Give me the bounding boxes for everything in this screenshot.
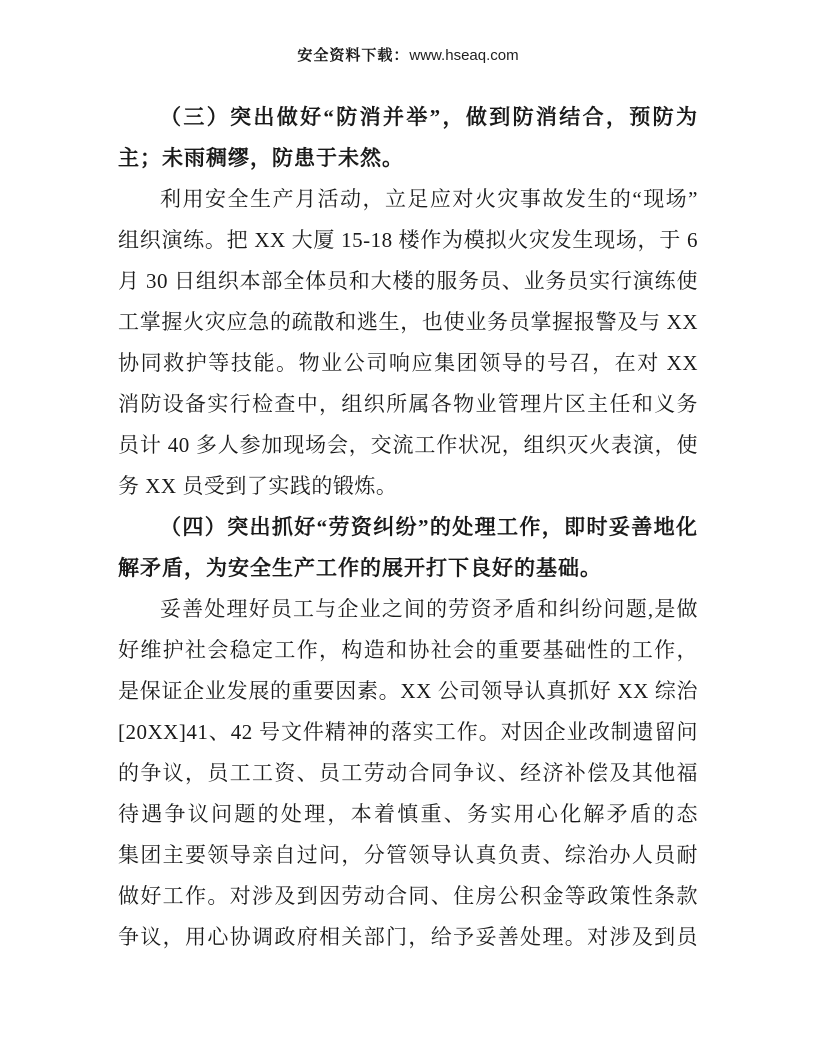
section-heading: （四）突出抓好“劳资纠纷”的处理工作，即时妥善地化解矛盾，为安全生产工作的展开打…	[118, 507, 698, 589]
text-line: 妥善处理好员工与企业之间的劳资矛盾和纠纷问题,是做	[118, 589, 698, 630]
text-line: 组织演练。把 XX 大厦 15-18 楼作为模拟火灾发生现场，于 6	[118, 220, 698, 261]
paragraph: 利用安全生产月活动，立足应对火灾事故发生的“现场”组织演练。把 XX 大厦 15…	[118, 179, 698, 507]
text-line: 解矛盾，为安全生产工作的展开打下良好的基础。	[118, 548, 698, 589]
header-label: 安全资料下载：	[297, 47, 409, 64]
text-line: 做好工作。对涉及到因劳动合同、住房公积金等政策性条款的	[118, 876, 698, 917]
text-line: （四）突出抓好“劳资纠纷”的处理工作，即时妥善地化	[118, 507, 698, 548]
text-line: 是保证企业发展的重要因素。XX 公司领导认真抓好 XX 综治办	[118, 671, 698, 712]
text-line: 的争议，员工工资、员工劳动合同争议、经济补偿及其他福利	[118, 753, 698, 794]
page-header: 安全资料下载：www.hseaq.com	[0, 46, 816, 66]
text-line: 工掌握火灾应急的疏散和逃生，也使业务员掌握报警及与 XX	[118, 302, 698, 343]
text-line: 协同救护等技能。物业公司响应集团领导的号召，在对 XX 大厦	[118, 343, 698, 384]
text-line: [20XX]41、42 号文件精神的落实工作。对因企业改制遗留问题	[118, 712, 698, 753]
text-line: 主；未雨稠缪，防患于未然。	[118, 138, 698, 179]
text-line: 务 XX 员受到了实践的锻炼。	[118, 466, 698, 507]
section-heading: （三）突出做好“防消并举”，做到防消结合，预防为主；未雨稠缪，防患于未然。	[118, 97, 698, 179]
text-line: 待遇争议问题的处理，本着慎重、务实用心化解矛盾的态度。	[118, 794, 698, 835]
text-line: 好维护社会稳定工作，构造和协社会的重要基础性的工作，也	[118, 630, 698, 671]
document-body: （三）突出做好“防消并举”，做到防消结合，预防为主；未雨稠缪，防患于未然。利用安…	[118, 97, 698, 958]
paragraph: 妥善处理好员工与企业之间的劳资矛盾和纠纷问题,是做好维护社会稳定工作，构造和协社…	[118, 589, 698, 958]
document-page: 安全资料下载：www.hseaq.com （三）突出做好“防消并举”，做到防消结…	[0, 0, 816, 1056]
text-line: 利用安全生产月活动，立足应对火灾事故发生的“现场”	[118, 179, 698, 220]
text-line: 月 30 日组织本部全体员和大楼的服务员、业务员实行演练使员	[118, 261, 698, 302]
text-line: 争议，用心协调政府相关部门，给予妥善处理。对涉及到员工	[118, 917, 698, 958]
text-line: （三）突出做好“防消并举”，做到防消结合，预防为	[118, 97, 698, 138]
header-url: www.hseaq.com	[409, 47, 518, 64]
text-line: 员计 40 多人参加现场会，交流工作状况，组织灭火表演，使义	[118, 425, 698, 466]
text-line: 消防设备实行检查中，组织所属各物业管理片区主任和义务 XX	[118, 384, 698, 425]
text-line: 集团主要领导亲自过问，分管领导认真负责、综治办人员耐心	[118, 835, 698, 876]
